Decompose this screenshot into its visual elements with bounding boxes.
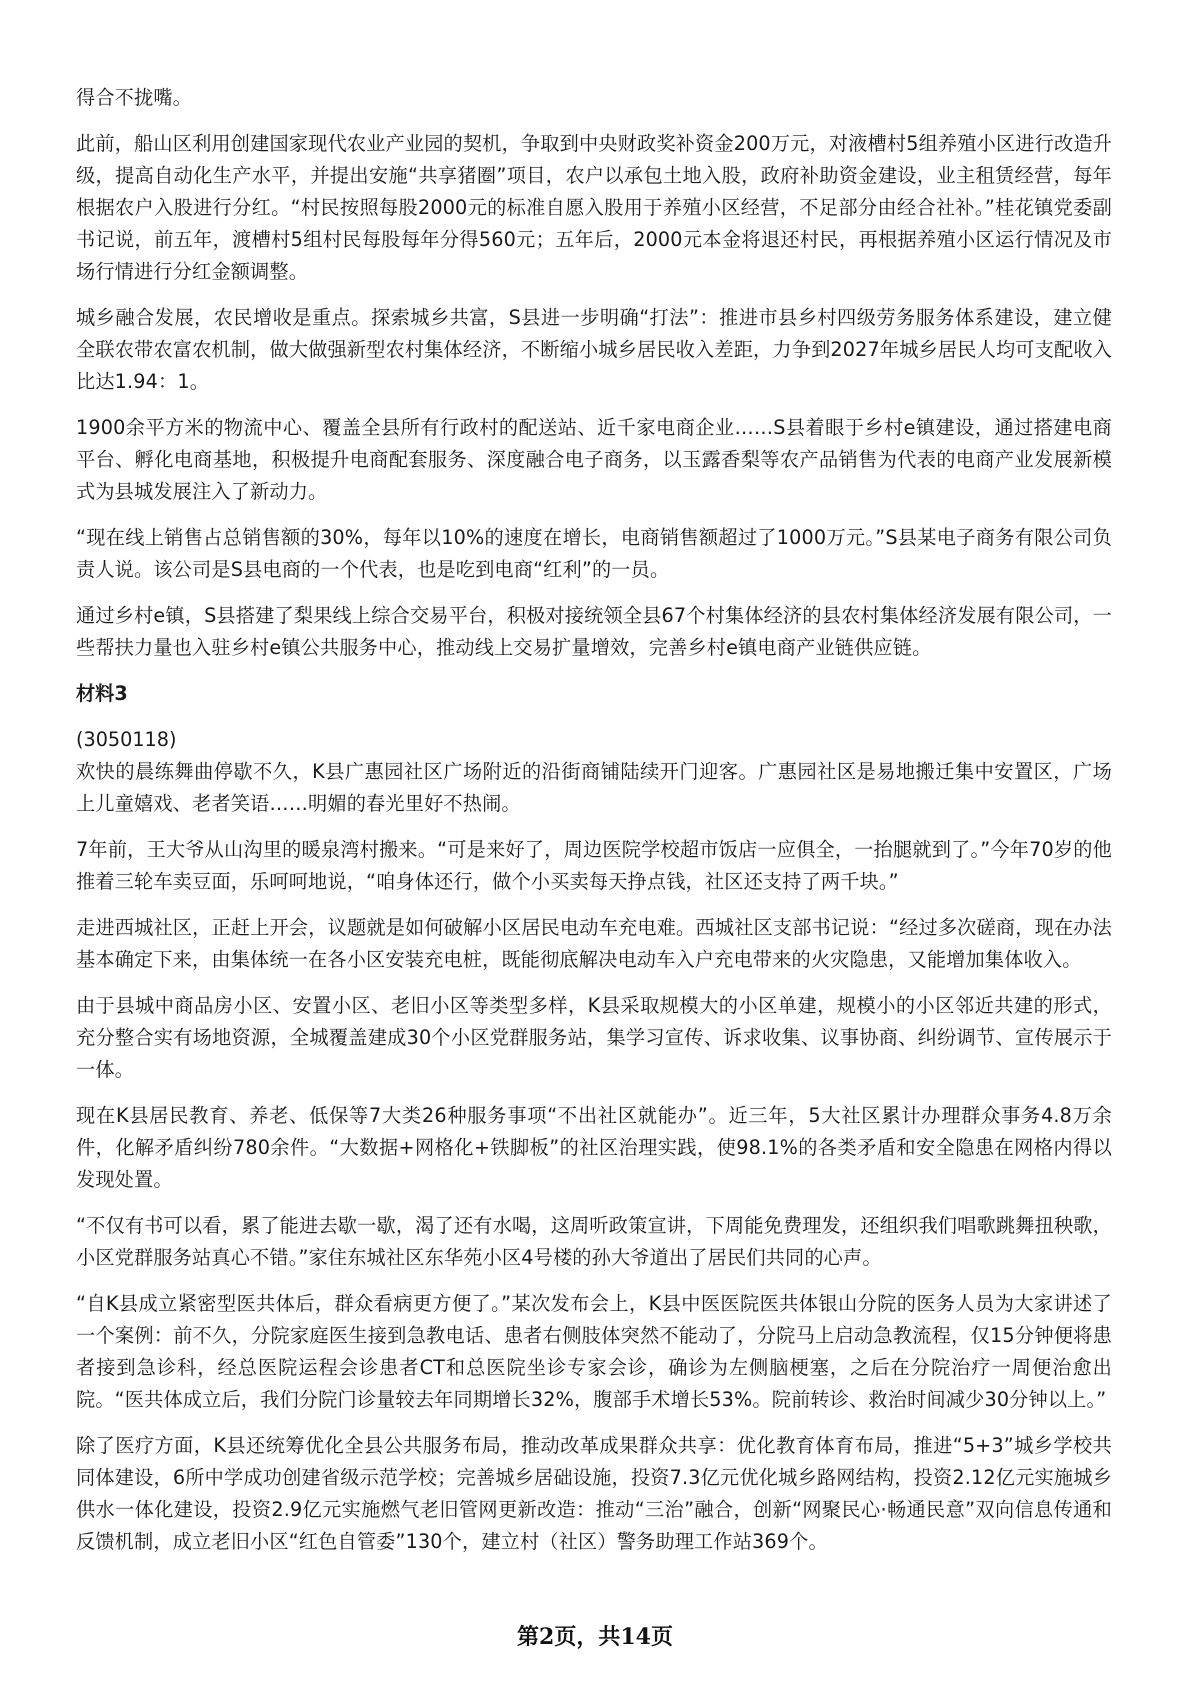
- page-indicator: 第2页，共14页: [0, 1620, 1190, 1651]
- paragraph: “现在线上销售占总销售额的30%，每年以10%的速度在增长，电商销售额超过了10…: [76, 522, 1112, 586]
- paragraph: 除了医疗方面，K县还统筹优化全县公共服务布局，推动改革成果群众共享：优化教育体育…: [76, 1430, 1112, 1558]
- section-code: (3050118): [76, 724, 1112, 756]
- document-page: 得合不拢嘴。 此前，船山区利用创建国家现代农业产业园的契机，争取到中央财政奖补资…: [76, 82, 1112, 1558]
- paragraph: 得合不拢嘴。: [76, 82, 1112, 114]
- paragraph: 城乡融合发展，农民增收是重点。探索城乡共富，S县进一步明确“打法”：推进市县乡村…: [76, 302, 1112, 398]
- paragraph: “不仅有书可以看，累了能进去歇一歇，渴了还有水喝，这周听政策宣讲，下周能免费理发…: [76, 1210, 1112, 1274]
- paragraph: 此前，船山区利用创建国家现代农业产业园的契机，争取到中央财政奖补资金200万元，…: [76, 128, 1112, 288]
- section-heading: 材料3: [76, 678, 1112, 710]
- paragraph: 现在K县居民教育、养老、低保等7大类26种服务事项“不出社区就能办”。近三年，5…: [76, 1100, 1112, 1196]
- paragraph: 走进西城社区，正赶上开会，议题就是如何破解小区居民电动车充电难。西城社区支部书记…: [76, 912, 1112, 976]
- paragraph: 1900余平方米的物流中心、覆盖全县所有行政村的配送站、近千家电商企业……S县着…: [76, 412, 1112, 508]
- paragraph: “自K县成立紧密型医共体后，群众看病更方便了。”某次发布会上，K县中医医院医共体…: [76, 1288, 1112, 1416]
- paragraph: 由于县城中商品房小区、安置小区、老旧小区等类型多样，K县采取规模大的小区单建，规…: [76, 990, 1112, 1086]
- paragraph: 通过乡村e镇，S县搭建了梨果线上综合交易平台，积极对接统领全县67个村集体经济的…: [76, 600, 1112, 664]
- paragraph: 7年前，王大爷从山沟里的暖泉湾村搬来。“可是来好了，周边医院学校超市饭店一应俱全…: [76, 834, 1112, 898]
- paragraph: 欢快的晨练舞曲停歇不久，K县广惠园社区广场附近的沿街商铺陆续开门迎客。广惠园社区…: [76, 756, 1112, 820]
